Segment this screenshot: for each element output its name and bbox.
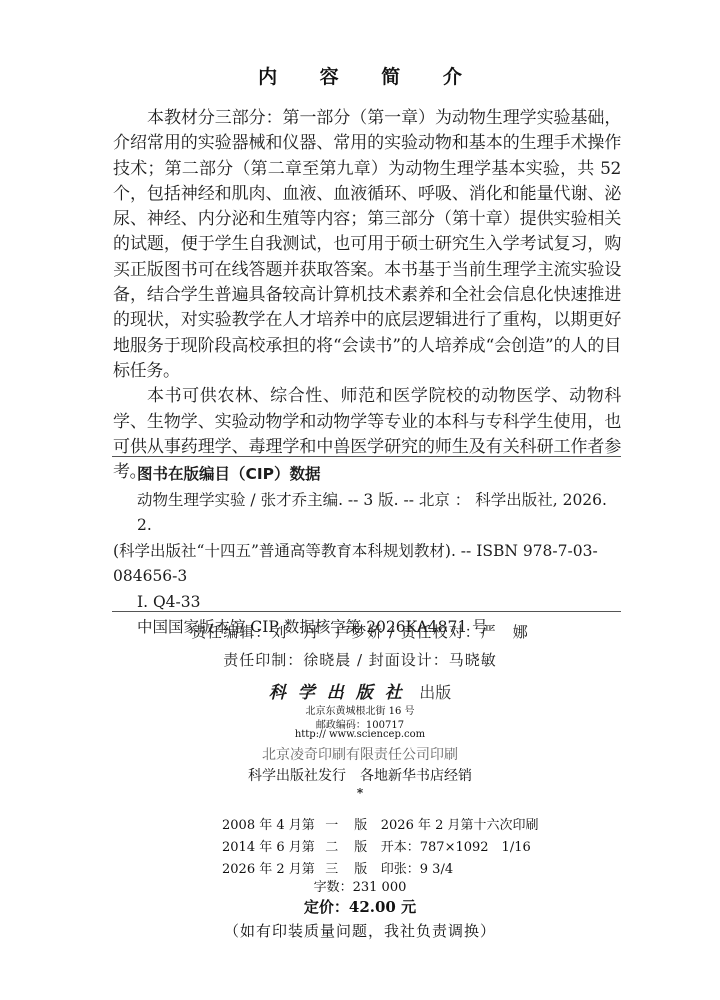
- edition-row: 2026 年 2 月第 三 版 印张：9 3/4: [222, 856, 539, 878]
- copyright-page: 内 容 简 介 本教材分三部分：第一部分（第一章）为动物生理学实验基础，介绍常用…: [0, 0, 720, 1000]
- distribution-line: 科学出版社发行 各地新华书店经销: [0, 765, 720, 785]
- edition-table: 2008 年 4 月第 一 版 2026 年 2 月第十六次印刷 2014 年 …: [222, 812, 539, 878]
- intro-section: 本教材分三部分：第一部分（第一章）为动物生理学实验基础，介绍常用的实验器械和仪器…: [113, 106, 621, 485]
- edition-row: 2014 年 6 月第 二 版 开本：787×1092 1/16: [222, 834, 539, 856]
- cip-line-1: 动物生理学实验 / 张才乔主编. -- 3 版. -- 北京 ： 科学出版社, …: [113, 488, 621, 539]
- publisher-logo: 科学出版社: [269, 683, 414, 703]
- publisher-logo-suffix: 出版: [419, 683, 451, 702]
- price: 定价：42.00 元: [0, 896, 720, 917]
- page-title: 内 容 简 介: [0, 62, 720, 89]
- publisher-website: http:// www.sciencep.com: [0, 729, 720, 740]
- cip-line-3: 084656-3: [113, 564, 621, 590]
- separator-star: *: [0, 786, 720, 800]
- quality-note: （如有印装质量问题，我社负责调换）: [0, 920, 720, 941]
- cip-block: 图书在版编目（CIP）数据 动物生理学实验 / 张才乔主编. -- 3 版. -…: [113, 462, 621, 641]
- intro-paragraph-1: 本教材分三部分：第一部分（第一章）为动物生理学实验基础，介绍常用的实验器械和仪器…: [113, 106, 621, 384]
- word-count: 字数：231 000: [0, 876, 720, 895]
- credits-editors: 责任编辑：刘 丹 卢梦娇 / 责任校对：严 娜: [0, 621, 720, 642]
- credits-production: 责任印制：徐晓晨 / 封面设计：马晓敏: [0, 649, 720, 670]
- publisher-address: 北京东黄城根北街 16 号: [0, 702, 720, 717]
- cip-line-2: (科学出版社“十四五”普通高等教育本科规划教材). -- ISBN 978-7-…: [113, 539, 621, 565]
- printer-line: 北京凌奇印刷有限责任公司印刷: [0, 744, 720, 764]
- publisher-line: 科学出版社 出版: [0, 678, 720, 703]
- divider-top: [112, 456, 621, 457]
- cip-heading: 图书在版编目（CIP）数据: [113, 462, 621, 488]
- edition-row: 2008 年 4 月第 一 版 2026 年 2 月第十六次印刷: [222, 812, 539, 834]
- divider-bottom: [112, 611, 621, 612]
